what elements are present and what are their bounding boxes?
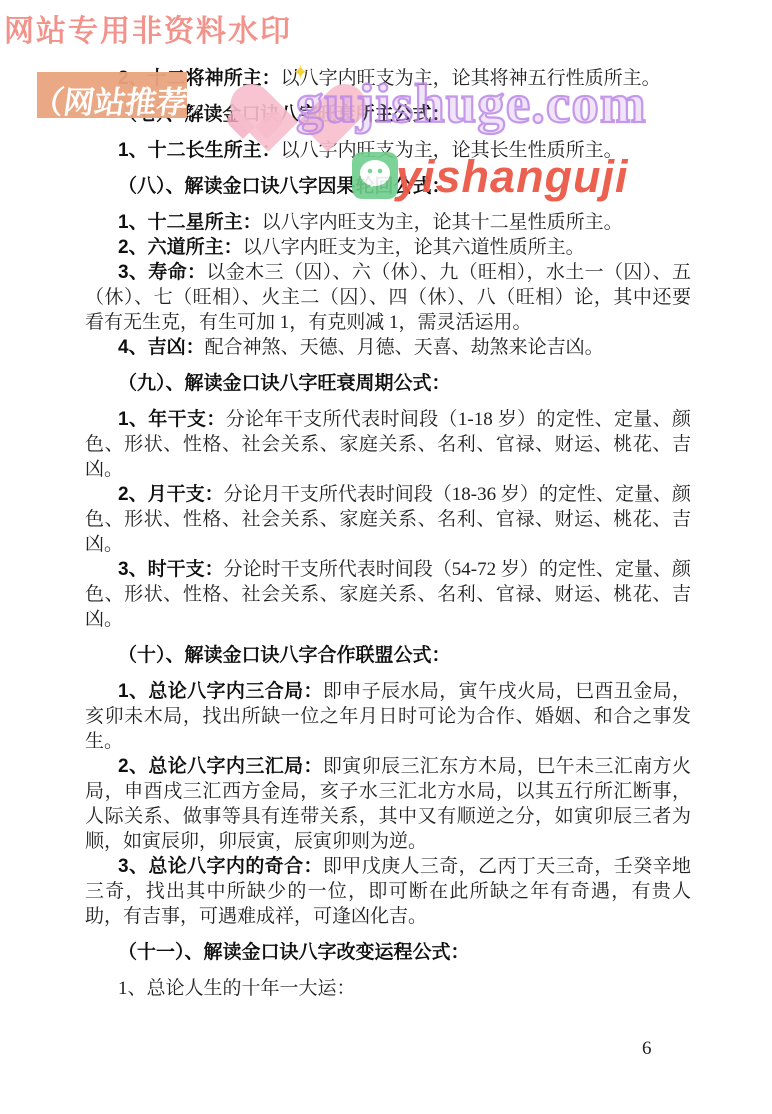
paragraph-lead: 2、十二将神所主： [118,68,281,89]
paragraph-lead: 2、六道所主： [118,237,243,258]
paragraph-lead: 1、总论八字内三合局： [118,681,323,702]
section-heading: （九）、解读金口诀八字旺衰周期公式： [85,371,691,396]
paragraph-lead: 3、时干支： [118,559,224,580]
section-heading: （七）、解读金口诀八字旺衰所主公式： [85,102,691,127]
page-number: 6 [642,1038,652,1060]
section-heading: （十）、解读金口诀八字合作联盟公式： [85,643,691,668]
paragraph: 3、时干支：分论时干支所代表时间段（54-72 岁）的定性、定量、颜色、形状、性… [85,557,691,632]
watermark-top-text: 网站专用非资料水印 [4,6,292,50]
section-heading: （八）、解读金口诀八字因果轮回公式： [85,174,691,199]
paragraph: 2、月干支：分论月干支所代表时间段（18-36 岁）的定性、定量、颜色、形状、性… [85,482,691,557]
document-body: 2、十二将神所主：以八字内旺支为主，论其将神五行性质所主。 （七）、解读金口诀八… [85,66,691,1001]
paragraph: 2、六道所主：以八字内旺支为主，论其六道性质所主。 [85,235,691,260]
document-page: 2、十二将神所主：以八字内旺支为主，论其将神五行性质所主。 （七）、解读金口诀八… [0,0,772,1114]
paragraph: 4、吉凶：配合神煞、天德、月德、天喜、劫煞来论吉凶。 [85,335,691,360]
paragraph-lead: 1、十二星所主： [118,212,262,233]
paragraph: 1、年干支：分论年干支所代表时间段（1-18 岁）的定性、定量、颜色、形状、性格… [85,407,691,482]
paragraph: 1、十二星所主：以八字内旺支为主，论其十二星性质所主。 [85,210,691,235]
paragraph: 1、总论人生的十年一大运： [85,976,691,1001]
paragraph-lead: 3、总论八字内的奇合： [118,856,323,877]
paragraph-lead: 3、寿命： [118,262,206,283]
paragraph-text: 1、总论人生的十年一大运： [118,978,356,999]
section-heading: （十一）、解读金口诀八字改变运程公式： [85,940,691,965]
paragraph-lead: 2、总论八字内三汇局： [118,756,323,777]
paragraph-lead: 1、年干支： [118,409,226,430]
paragraph-text: 以八字内旺支为主，论其长生性质所主。 [281,140,623,161]
paragraph-lead: 4、吉凶： [118,337,205,358]
paragraph: 2、十二将神所主：以八字内旺支为主，论其将神五行性质所主。 [85,66,691,91]
paragraph-lead: 1、十二长生所主： [118,140,281,161]
paragraph-lead: 2、月干支： [118,484,224,505]
paragraph: 1、十二长生所主：以八字内旺支为主，论其长生性质所主。 [85,138,691,163]
paragraph: 3、寿命：以金木三（囚）、六（休）、九（旺相），水土一（囚）、五（休）、七（旺相… [85,260,691,335]
paragraph: 3、总论八字内的奇合：即甲戊庚人三奇，乙丙丁天三奇，壬癸辛地三奇，找出其中所缺少… [85,854,691,929]
paragraph: 1、总论八字内三合局：即申子辰水局，寅午戌火局，巳酉丑金局，亥卯未木局，找出所缺… [85,679,691,754]
paragraph-text: 以八字内旺支为主，论其将神五行性质所主。 [281,68,661,89]
paragraph-text: 配合神煞、天德、月德、天喜、劫煞来论吉凶。 [205,337,604,358]
paragraph: 2、总论八字内三汇局：即寅卯辰三汇东方木局，巳午未三汇南方火局，申酉戌三汇西方金… [85,754,691,854]
paragraph-text: 以八字内旺支为主，论其六道性质所主。 [243,237,585,258]
paragraph-text: 以八字内旺支为主，论其十二星性质所主。 [262,212,623,233]
